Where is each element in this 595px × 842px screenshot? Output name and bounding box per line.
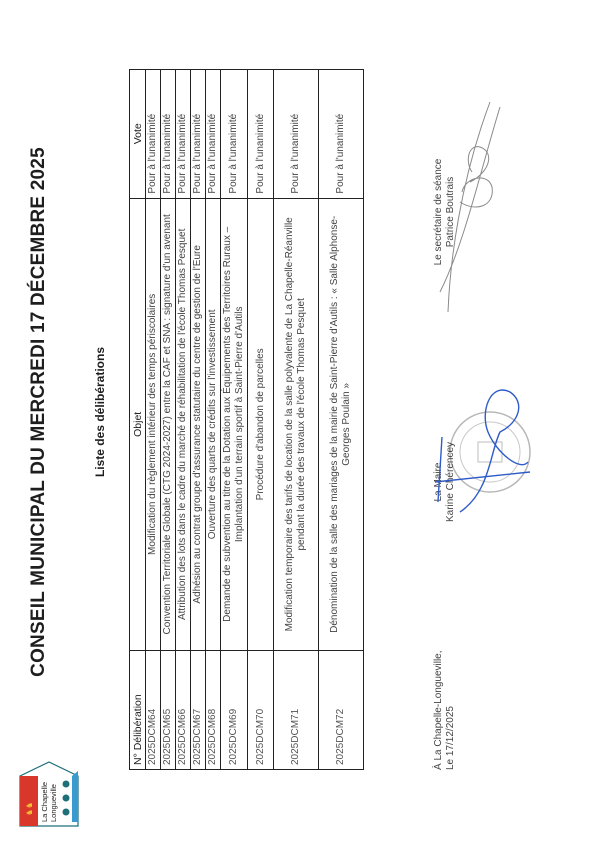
deliberation-number: 2025DCM71 xyxy=(274,651,319,770)
table-row: 2025DCM68Ouverture des quarts de crédits… xyxy=(206,70,221,770)
table-row: 2025DCM72Dénomination de la salle des ma… xyxy=(319,70,364,770)
deliberation-number: 2025DCM72 xyxy=(319,651,364,770)
deliberation-number: 2025DCM65 xyxy=(161,651,176,770)
deliberation-number: 2025DCM64 xyxy=(146,651,161,770)
vote-result: Pour à l'unanimité xyxy=(161,70,176,199)
page-title: CONSEIL MUNICIPAL DU MERCREDI 17 DÉCEMBR… xyxy=(28,132,50,692)
object-line: Adhésion au contrat groupe d'assurance s… xyxy=(192,203,204,647)
svg-text:♞♞: ♞♞ xyxy=(25,802,34,816)
deliberation-number: 2025DCM68 xyxy=(206,651,221,770)
column-header-vote: Vote xyxy=(130,70,146,199)
deliberation-object: Attribution des lots dans le cadre du ma… xyxy=(176,198,191,651)
table-row: 2025DCM69Demande de subvention au titre … xyxy=(221,70,248,770)
column-header-number: N° Délibération xyxy=(130,651,146,770)
object-line: Ouverture des quarts de crédits sur l'in… xyxy=(207,203,219,647)
mayor-signature-icon xyxy=(430,362,540,532)
vote-result: Pour à l'unanimité xyxy=(176,70,191,199)
deliberation-object: Adhésion au contrat groupe d'assurance s… xyxy=(191,198,206,651)
municipal-crest-icon: ♞♞ La Chapelle Longueville xyxy=(16,760,82,828)
object-line: Demande de subvention au titre de la Dot… xyxy=(222,203,234,647)
date-text: Le 17/12/2025 xyxy=(445,650,457,770)
column-header-object: Objet xyxy=(130,198,146,651)
object-line: Procédure d'abandon de parcelles xyxy=(255,203,267,647)
deliberation-number: 2025DCM66 xyxy=(176,651,191,770)
deliberation-object: Modification temporaire des tarifs de lo… xyxy=(274,198,319,651)
table-row: 2025DCM70Procédure d'abandon de parcelle… xyxy=(248,70,274,770)
table-row: 2025DCM67Adhésion au contrat groupe d'as… xyxy=(191,70,206,770)
vote-result: Pour à l'unanimité xyxy=(146,70,161,199)
vote-result: Pour à l'unanimité xyxy=(221,70,248,199)
list-heading: Liste des délibérations xyxy=(93,132,107,692)
object-line: Modification du règlement intérieur des … xyxy=(147,203,159,647)
table-row: 2025DCM66Attribution des lots dans le ca… xyxy=(176,70,191,770)
vote-result: Pour à l'unanimité xyxy=(248,70,274,199)
deliberation-number: 2025DCM67 xyxy=(191,651,206,770)
deliberations-table: N° Délibération Objet Vote 2025DCM64Modi… xyxy=(129,69,364,770)
deliberation-object: Ouverture des quarts de crédits sur l'in… xyxy=(206,198,221,651)
object-line: Dénomination de la salle des mariages de… xyxy=(329,203,341,647)
deliberation-object: Modification du règlement intérieur des … xyxy=(146,198,161,651)
deliberation-object: Dénomination de la salle des mariages de… xyxy=(319,198,364,651)
deliberation-object: Convention Territoriale Globale (CTG 202… xyxy=(161,198,176,651)
vote-result: Pour à l'unanimité xyxy=(206,70,221,199)
secretary-signature-icon xyxy=(420,92,520,322)
deliberation-object: Demande de subvention au titre de la Dot… xyxy=(221,198,248,651)
object-line: Georges Poulain » xyxy=(341,203,353,647)
object-line: Implantation d'un terrain sportif à Sain… xyxy=(234,203,246,647)
vote-result: Pour à l'unanimité xyxy=(191,70,206,199)
deliberation-number: 2025DCM69 xyxy=(221,651,248,770)
object-line: Attribution des lots dans le cadre du ma… xyxy=(177,203,189,647)
deliberation-number: 2025DCM70 xyxy=(248,651,274,770)
place-and-date: À La Chapelle-Longueville, Le 17/12/2025 xyxy=(433,650,457,770)
logo-text-line1: La Chapelle xyxy=(40,782,49,822)
vote-result: Pour à l'unanimité xyxy=(274,70,319,199)
document-page: ♞♞ La Chapelle Longueville CONSEIL MUNIC… xyxy=(0,0,595,842)
deliberation-object: Procédure d'abandon de parcelles xyxy=(248,198,274,651)
vote-result: Pour à l'unanimité xyxy=(319,70,364,199)
object-line: Modification temporaire des tarifs de lo… xyxy=(284,203,296,647)
table-header-row: N° Délibération Objet Vote xyxy=(130,70,146,770)
table-row: 2025DCM71Modification temporaire des tar… xyxy=(274,70,319,770)
table-row: 2025DCM65Convention Territoriale Globale… xyxy=(161,70,176,770)
object-line: Convention Territoriale Globale (CTG 202… xyxy=(162,203,174,647)
table-row: 2025DCM64Modification du règlement intér… xyxy=(146,70,161,770)
logo-text-line2: Longueville xyxy=(49,784,58,822)
object-line: pendant la durée des travaux de l'école … xyxy=(296,203,308,647)
place-text: À La Chapelle-Longueville, xyxy=(433,650,445,770)
